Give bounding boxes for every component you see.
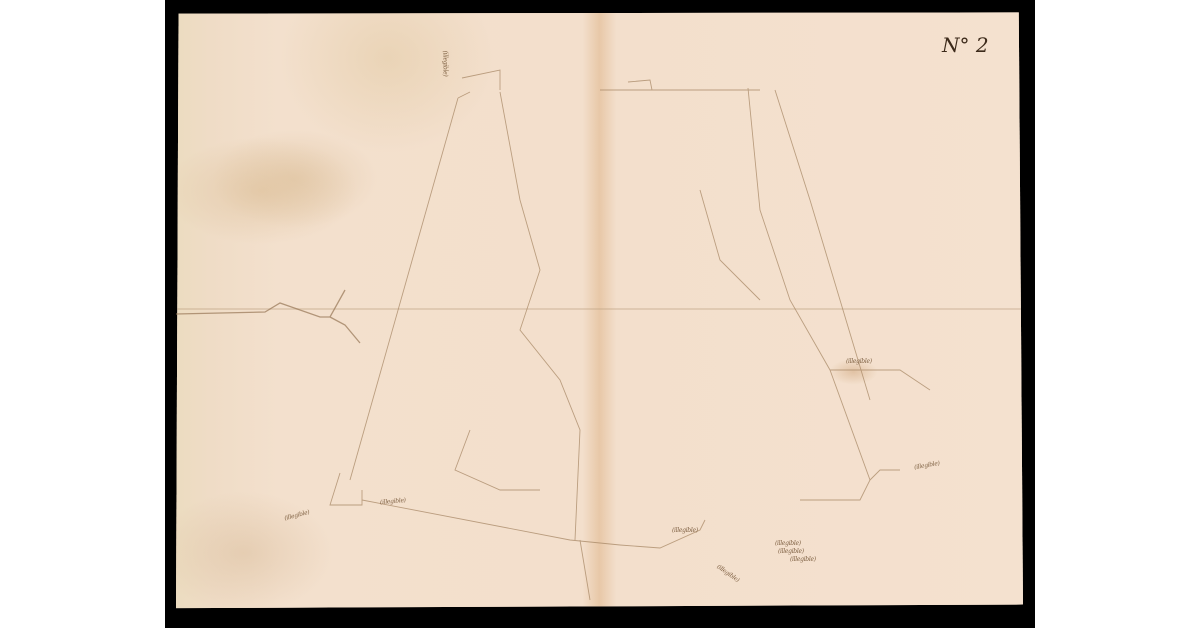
- label-right-middle: (illegible): [846, 358, 872, 365]
- label-lower-center-small: (illegible): [672, 527, 698, 534]
- legend-note-line-2: (illegible): [778, 548, 804, 555]
- legend-note-line-3: (illegible): [790, 556, 816, 563]
- legend-note-line-1: (illegible): [775, 540, 801, 547]
- label-top-vertical: (illegible): [441, 51, 448, 77]
- sheet-number: N° 2: [942, 33, 989, 57]
- map-drawing: [0, 0, 1200, 628]
